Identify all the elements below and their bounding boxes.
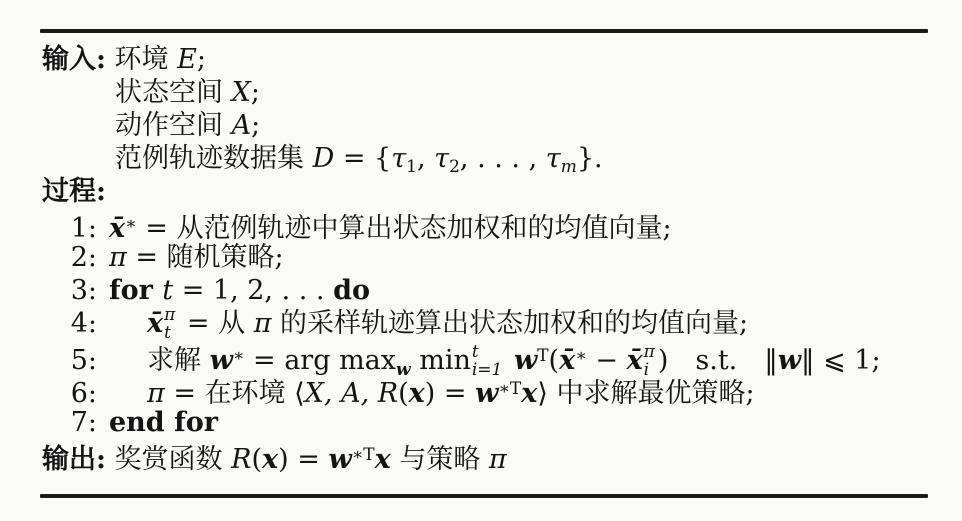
top-rule xyxy=(40,29,928,33)
text-segment: = 1, 2, . . . xyxy=(173,275,333,306)
line-content: x̄πt = 从 π 的采样轨迹算出状态加权和的均值向量; xyxy=(147,307,748,343)
text-segment: w xyxy=(475,378,498,409)
text-segment: do xyxy=(333,275,370,306)
algorithm-line: 输出: 奖赏函数 R(x) = w∗Tx 与策略 π xyxy=(0,439,962,472)
line-content: 动作空间 A; xyxy=(115,109,260,142)
text-segment: ‖ ⩽ 1; xyxy=(801,345,881,376)
line-content: for t = 1, 2, . . . do xyxy=(109,274,370,307)
line-content: end for xyxy=(109,406,218,439)
text-segment: = xyxy=(165,378,205,409)
text-segment: x xyxy=(521,378,537,409)
text-segment: 状态空间 xyxy=(115,77,232,108)
text-segment: π xyxy=(254,308,272,339)
text-segment: 环境 xyxy=(106,44,177,75)
text-segment: 输入: xyxy=(42,44,106,75)
text-segment: 求解 xyxy=(147,345,210,376)
line-number: 7: xyxy=(42,406,97,439)
text-segment: w xyxy=(328,444,351,475)
text-segment: ; xyxy=(251,110,260,141)
text-segment: ( xyxy=(398,378,409,409)
text-segment xyxy=(505,345,514,376)
text-segment: t xyxy=(162,275,173,306)
text-segment: w xyxy=(210,345,233,376)
algorithm-line: 输入: 环境 E; xyxy=(0,43,962,76)
line-content: x̄∗ = 从范例轨迹中算出状态加权和的均值向量; xyxy=(109,208,672,245)
text-segment: 1 xyxy=(406,157,417,177)
text-segment: τ xyxy=(391,143,406,174)
text-segment: = { xyxy=(334,143,391,174)
text-segment: x xyxy=(262,444,278,475)
text-segment: π xyxy=(147,378,165,409)
text-segment: = xyxy=(127,242,167,273)
text-segment: ∗T xyxy=(352,445,375,465)
text-segment: , . . . , xyxy=(460,143,546,174)
text-segment: 过程: xyxy=(42,176,106,207)
text-segment: τ xyxy=(434,143,449,174)
text-segment: X xyxy=(232,77,251,108)
text-segment: }. xyxy=(577,143,603,174)
text-segment: x̄ xyxy=(559,345,575,376)
text-segment: = xyxy=(178,308,218,339)
text-segment: = arg max xyxy=(244,345,396,376)
algorithm-line: 1:x̄∗ = 从范例轨迹中算出状态加权和的均值向量; xyxy=(0,208,962,241)
text-segment: ∗ xyxy=(233,346,245,366)
algorithm-line: 5:求解 w∗ = arg maxw minti=1 wT(x̄∗ − x̄πi… xyxy=(0,340,962,373)
text-segment: for xyxy=(109,275,162,306)
text-segment: D xyxy=(313,143,335,174)
text-segment: ) s.t. ‖ xyxy=(658,345,778,376)
text-segment: 2 xyxy=(449,157,460,177)
line-content: 输入: 环境 E; xyxy=(42,43,206,76)
line-content: 范例轨迹数据集 D = {τ1, τ2, . . . , τm}. xyxy=(115,142,603,184)
text-segment: 范例轨迹数据集 xyxy=(115,143,313,174)
algorithm-line: 2:π = 随机策略; xyxy=(0,241,962,274)
algorithm-lines: 输入: 环境 E;状态空间 X;动作空间 A;范例轨迹数据集 D = {τ1, … xyxy=(0,43,962,472)
algorithm-line: 4:x̄πt = 从 π 的采样轨迹算出状态加权和的均值向量; xyxy=(0,307,962,340)
text-segment: 中求解最优策略; xyxy=(548,378,755,409)
text-segment: ( xyxy=(549,345,560,376)
text-segment: x̄ xyxy=(147,308,163,339)
text-segment: 在环境 xyxy=(205,378,295,409)
text-segment: 随机策略; xyxy=(167,242,284,273)
text-segment: w xyxy=(514,345,537,376)
line-content: 过程: xyxy=(42,175,106,208)
line-number: 3: xyxy=(42,274,97,307)
text-segment: ) = xyxy=(425,378,475,409)
text-segment: 从范例轨迹中算出状态加权和的均值向量; xyxy=(176,213,671,244)
line-content: π = 随机策略; xyxy=(109,241,284,274)
text-segment: X, A, R xyxy=(305,378,398,409)
algorithm-line: 范例轨迹数据集 D = {τ1, τ2, . . . , τm}. xyxy=(0,142,962,175)
text-segment: x̄ xyxy=(109,213,125,244)
math-supsub: πt xyxy=(164,307,175,343)
text-segment: A xyxy=(232,110,252,141)
text-segment: − xyxy=(587,345,627,376)
text-segment: ∗ xyxy=(125,214,137,234)
text-segment: π xyxy=(489,444,507,475)
text-segment: τ xyxy=(546,143,561,174)
text-segment: ) = xyxy=(278,444,328,475)
text-segment: , xyxy=(417,143,434,174)
text-segment: 的采样轨迹算出状态加权和的均值向量; xyxy=(271,308,748,339)
text-segment: ( xyxy=(251,444,262,475)
algorithm-line: 状态空间 X; xyxy=(0,76,962,109)
text-segment: 动作空间 xyxy=(115,110,232,141)
text-segment: π xyxy=(109,242,127,273)
line-content: 输出: 奖赏函数 R(x) = w∗Tx 与策略 π xyxy=(42,439,507,476)
line-number: 4: xyxy=(42,307,97,340)
text-segment: w xyxy=(778,345,801,376)
algorithm-line: 动作空间 A; xyxy=(0,109,962,142)
algorithm-line: 3:for t = 1, 2, . . . do xyxy=(0,274,962,307)
text-segment: x xyxy=(409,378,425,409)
text-segment: = xyxy=(137,213,177,244)
text-segment: ∗T xyxy=(498,379,521,399)
text-segment: ; xyxy=(197,44,206,75)
text-segment: x̄ xyxy=(627,345,643,376)
line-content: 状态空间 X; xyxy=(115,76,260,109)
text-segment: end for xyxy=(109,407,218,438)
text-segment: 与策略 xyxy=(391,444,489,475)
text-segment: 输出: xyxy=(42,444,106,475)
line-content: π = 在环境 ⟨X, A, R(x) = w∗Tx⟩ 中求解最优策略; xyxy=(147,373,755,410)
text-segment: E xyxy=(177,44,197,75)
text-segment: x xyxy=(375,444,391,475)
text-segment: ⟩ xyxy=(537,378,548,409)
text-segment: ; xyxy=(251,77,260,108)
bottom-rule xyxy=(40,494,928,498)
text-segment: 奖赏函数 xyxy=(106,444,231,475)
algorithm-line: 7:end for xyxy=(0,406,962,439)
text-segment: 从 xyxy=(218,308,254,339)
text-segment: R xyxy=(231,444,251,475)
text-segment: m xyxy=(561,157,577,177)
text-segment: T xyxy=(537,346,548,366)
text-segment: ∗ xyxy=(575,346,587,366)
text-segment: min xyxy=(411,345,471,376)
line-number: 2: xyxy=(42,241,97,274)
text-segment: ⟨ xyxy=(294,378,305,409)
algorithm-box: 输入: 环境 E;状态空间 X;动作空间 A;范例轨迹数据集 D = {τ1, … xyxy=(0,0,962,521)
